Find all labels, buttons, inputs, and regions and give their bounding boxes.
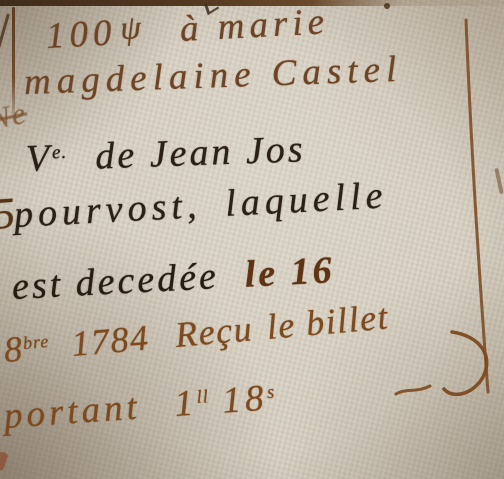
manuscript-photo: Ne 5 100ψà marie magdelaine Castel Ve.de… (0, 0, 504, 479)
manuscript-line-surname: pourvost,laquelle (13, 176, 388, 234)
bottom-left-ink-mark (0, 451, 9, 471)
widow-letter: V (25, 137, 53, 180)
manuscript-line-name: magdelaine Castel (23, 51, 402, 101)
manuscript-line-death: est decedéele 16 (11, 251, 336, 306)
ink-dot (384, 3, 390, 9)
recipient-surname: magdelaine Castel (23, 49, 403, 103)
billet-flourish-stroke (444, 332, 487, 394)
husband-name: de Jean Jos (95, 128, 307, 177)
month-superscript: bre (22, 331, 50, 353)
recipient-first-name: à marie (179, 1, 330, 50)
sols-superscript: s (266, 383, 276, 404)
portant-word: portant (3, 386, 142, 436)
billet-word: le billet (265, 296, 390, 347)
manuscript-line-amount: 100ψà marie (45, 3, 330, 55)
month-abbreviation: 8bre (2, 326, 51, 370)
right-rule-line (466, 20, 488, 392)
widow-abbreviation: Ve. (25, 137, 68, 180)
death-day: le 16 (244, 249, 336, 296)
manuscript-line-widow: Ve.de Jean Jos (25, 130, 306, 178)
death-phrase: est decedée (11, 255, 220, 308)
livre-symbol: ψ (119, 9, 147, 47)
right-edge-ink-mark (494, 168, 503, 194)
husband-surname: pourvost, (13, 184, 202, 236)
relative-pronoun: laquelle (224, 174, 388, 224)
dash-flourish-stroke (396, 386, 430, 394)
corner-ink-stroke (0, 13, 10, 48)
money-amount: 1ll 18s (173, 377, 277, 425)
amount-value: 100 (45, 12, 118, 57)
received-word: Reçu (173, 308, 254, 355)
widow-superscript: e. (52, 142, 68, 164)
livres-superscript: ll (196, 387, 210, 408)
manuscript-line-total: portant1ll 18s (3, 379, 277, 435)
sols-number: 18 (221, 378, 269, 422)
manuscript-line-date: 8bre1784Reçule billet (2, 298, 390, 368)
margin-scribble: Ne (0, 98, 30, 135)
year-value: 1784 (70, 317, 151, 364)
